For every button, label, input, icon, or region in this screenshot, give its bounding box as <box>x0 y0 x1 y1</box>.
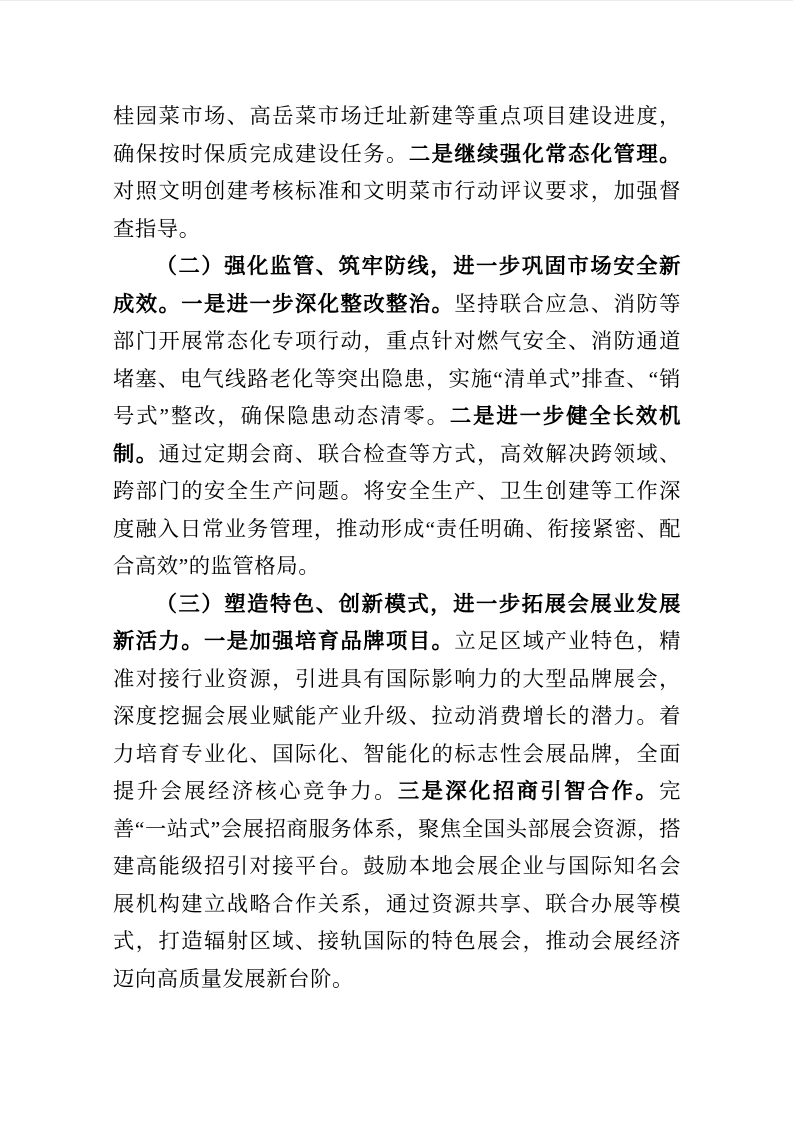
text-run-bold: 一是加强培育品牌项目。 <box>204 629 454 653</box>
text-run-bold: 一是进一步深化整改整治。 <box>181 292 454 316</box>
text-run: 通过定期会商、联合检查等方式，高效解决跨领域、跨部门的安全生产问题。将安全生产、… <box>113 442 681 579</box>
text-run: 完善“一站式”会展招商服务体系，聚焦全国头部展会资源，搭建高能级招引对接平台。鼓… <box>113 779 681 991</box>
paragraph: （二）强化监管、筑牢防线，进一步巩固市场安全新成效。一是进一步深化整改整治。坚持… <box>113 248 681 586</box>
text-run-bold: 三是深化招商引智合作。 <box>398 779 659 803</box>
text-run: 立足区域产业特色，精准对接行业资源，引进具有国际影响力的大型品牌展会，深度挖掘会… <box>113 629 681 803</box>
document-body: 桂园菜市场、高岳菜市场迁址新建等重点项目建设进度，确保按时保质完成建设任务。二是… <box>113 98 681 998</box>
text-run-bold: 二是继续强化常态化管理。 <box>409 142 681 166</box>
paragraph: （三）塑造特色、创新模式，进一步拓展会展业发展新活力。一是加强培育品牌项目。立足… <box>113 586 681 999</box>
paragraph: 桂园菜市场、高岳菜市场迁址新建等重点项目建设进度，确保按时保质完成建设任务。二是… <box>113 98 681 248</box>
text-run: 对照文明创建考核标准和文明菜市行动评议要求，加强督查指导。 <box>113 179 681 241</box>
document-page: 桂园菜市场、高岳菜市场迁址新建等重点项目建设进度，确保按时保质完成建设任务。二是… <box>0 0 793 1122</box>
